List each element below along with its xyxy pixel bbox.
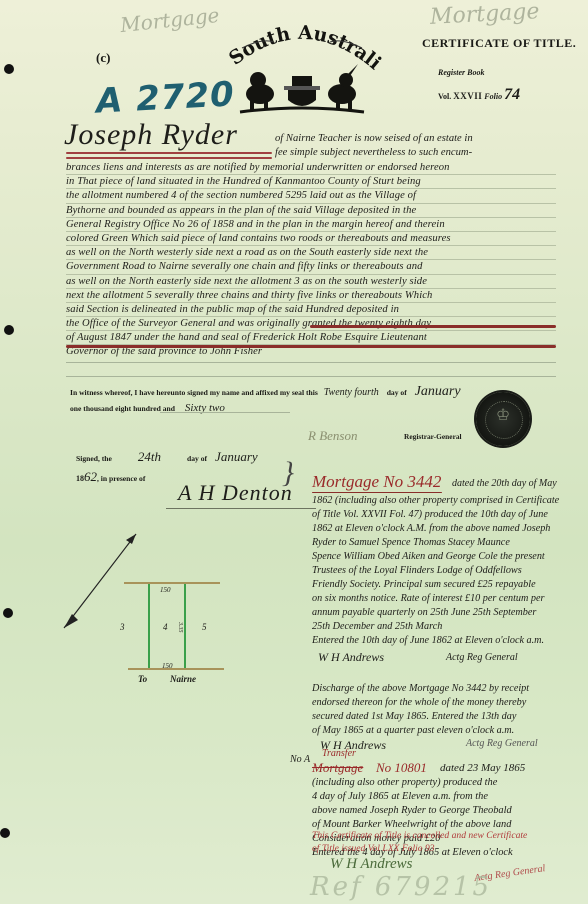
svg-text:South Australia.: South Australia. bbox=[222, 8, 382, 74]
punch-hole-middle bbox=[4, 325, 14, 335]
grant-line: Bythorne and bounded as appears in the p… bbox=[66, 204, 556, 218]
signed-year-line: 1862, in presence of bbox=[76, 468, 145, 486]
grant-line: General Registry Office No 26 of 1858 an… bbox=[66, 218, 556, 232]
plan-road-to: To bbox=[138, 674, 147, 684]
punch-hole-top bbox=[4, 64, 14, 74]
witness-line-1: In witness whereof, I have hereunto sign… bbox=[70, 384, 461, 400]
owner-underline-2 bbox=[66, 157, 272, 159]
registrar-signature: R Benson bbox=[308, 428, 357, 444]
discharge-line: endorsed thereon for the whole of the mo… bbox=[312, 696, 564, 710]
pencil-reference: Ref 679215 bbox=[310, 872, 492, 902]
folio-value: 74 bbox=[504, 86, 520, 103]
grant-line: Government Road to Nairne severally one … bbox=[66, 260, 556, 274]
grant-closing-rule bbox=[66, 345, 556, 348]
discharge-signature-title: Actg Reg General bbox=[466, 738, 538, 749]
owner-name: Joseph Ryder bbox=[64, 118, 238, 152]
mortgage-line: 1862 (including also other property comp… bbox=[312, 494, 564, 508]
plan-boundary-right bbox=[184, 584, 186, 668]
grant-line: said Section is delineated in the public… bbox=[66, 303, 556, 317]
punch-hole-lower bbox=[3, 608, 13, 618]
mortgage-line: 25th December and 25th March bbox=[312, 620, 564, 634]
grant-line-0: of Nairne Teacher is now seised of an es… bbox=[275, 133, 473, 144]
blank-rule-1 bbox=[66, 362, 556, 363]
coat-of-arms-crest: South Australia. bbox=[222, 8, 382, 118]
witness-day-of: day of bbox=[387, 388, 407, 397]
signed-line: Signed, the 24th day of January bbox=[76, 448, 258, 466]
cancellation-line-1: of Title issued Vol LXX Folio 93 bbox=[312, 843, 435, 854]
grant-line: brances liens and interests as are notif… bbox=[66, 161, 556, 175]
grant-line-1: fee simple subject nevertheless to such … bbox=[275, 147, 472, 158]
signed-day-of: day of bbox=[187, 454, 207, 463]
transfer-line-0: dated 23 May 1865 bbox=[440, 762, 525, 774]
cancellation-signature: W H Andrews bbox=[330, 856, 413, 873]
witness-printed-1: In witness whereof, I have hereunto sign… bbox=[70, 388, 318, 397]
grant-line: next the allotment 5 severally three cha… bbox=[66, 289, 556, 303]
witness-day: Twenty fourth bbox=[324, 387, 379, 398]
discharge-line: of May 1865 at a quarter past eleven o'c… bbox=[312, 724, 564, 738]
signed-year-prefix: 18 bbox=[76, 474, 84, 483]
presence-label: , in presence of bbox=[97, 474, 145, 483]
mortgage-line: Trustees of the Loyal Flinders Lodge of … bbox=[312, 564, 564, 578]
plan-road-bottom bbox=[128, 668, 224, 670]
mortgage-line: on six months notice. Rate of interest £… bbox=[312, 592, 564, 606]
mortgage-title: Mortgage No 3442 bbox=[312, 472, 441, 492]
register-book-label: Register Book bbox=[438, 68, 484, 77]
plan-road-top bbox=[124, 582, 220, 584]
transfer-line: (including also other property) produced… bbox=[312, 776, 564, 790]
mortgage-line: of Title Vol. XXVII Fol. 47) produced th… bbox=[312, 508, 564, 522]
grant-line: in That piece of land situated in the Hu… bbox=[66, 175, 556, 189]
blank-rule-2 bbox=[66, 376, 556, 377]
grant-line: as well on the North easterly side next … bbox=[66, 275, 556, 289]
signed-year-suffix: 62 bbox=[84, 469, 97, 484]
plan-lot-left: 3 bbox=[120, 622, 125, 632]
plan-road-place: Nairne bbox=[170, 674, 196, 684]
owner-underline-1 bbox=[66, 152, 272, 154]
discharge-line: Discharge of the above Mortgage No 3442 … bbox=[312, 682, 564, 696]
unicorn-icon bbox=[328, 64, 358, 110]
brace-mark: } bbox=[282, 456, 294, 490]
grant-line: of August 1847 under the hand and seal o… bbox=[66, 331, 556, 345]
mortgage-line: Friendly Society. Principal sum secured … bbox=[312, 578, 564, 592]
plan-side-measure: 3.35 bbox=[177, 622, 183, 633]
transfer-title-above: Transfer bbox=[322, 748, 356, 759]
discharge-line: secured dated 1st May 1865. Entered the … bbox=[312, 710, 564, 724]
registrar-seal: ♔ bbox=[476, 392, 530, 446]
transfer-title-struck: Mortgage bbox=[312, 760, 363, 776]
signed-label: Signed, the bbox=[76, 454, 112, 463]
transfer-line: 4 day of July 1865 at Eleven a.m. from t… bbox=[312, 790, 564, 804]
crest-arc-text-icon: South Australia. bbox=[222, 8, 382, 118]
plan-boundary-left bbox=[148, 584, 150, 668]
registrar-title: Registrar-General bbox=[404, 432, 462, 441]
signed-day: 24th bbox=[138, 449, 161, 464]
transfer-number: No 10801 bbox=[376, 760, 427, 776]
reference-number: A 2720 bbox=[95, 74, 236, 121]
volume-folio-row: Vol. XXVII Folio 74 bbox=[438, 86, 520, 104]
witness-signature: A H Denton bbox=[178, 480, 293, 506]
pencil-note-right: Mortgage bbox=[429, 0, 540, 30]
north-arrow-icon bbox=[60, 530, 140, 630]
mortgage-entered: Entered the 10th day of June 1862 at Ele… bbox=[312, 634, 564, 648]
witness-month: January bbox=[415, 384, 461, 399]
pencil-note-left: Mortgage bbox=[119, 3, 220, 37]
transfer-line: above named Joseph Ryder to George Theob… bbox=[312, 804, 564, 818]
transfer-margin-note: No A bbox=[290, 754, 310, 765]
lion-icon bbox=[246, 72, 274, 110]
signed-month: January bbox=[215, 449, 258, 464]
mortgage-body: 1862 (including also other property comp… bbox=[312, 494, 564, 648]
grant-body: brances liens and interests as are notif… bbox=[66, 161, 556, 359]
vol-label: Vol. bbox=[438, 92, 451, 101]
mortgage-signature-title: Actg Reg General bbox=[446, 652, 518, 663]
mortgage-signature: W H Andrews bbox=[318, 650, 384, 665]
witness-year-rule bbox=[160, 412, 290, 413]
mortgage-line-0: dated the 20th day of May bbox=[452, 478, 557, 489]
grant-end-rule bbox=[310, 325, 556, 328]
mortgage-title-underline bbox=[312, 492, 442, 493]
discharge-body: Discharge of the above Mortgage No 3442 … bbox=[312, 682, 564, 738]
folio-label: Folio bbox=[484, 92, 502, 101]
mortgage-line: Spence William Obed Aiken and George Col… bbox=[312, 550, 564, 564]
plan-lot-center: 4 bbox=[163, 622, 168, 632]
shield-crown-icon bbox=[284, 76, 320, 106]
mortgage-line: annum payable quarterly on 25th June 25t… bbox=[312, 606, 564, 620]
witness-signature-flourish bbox=[166, 508, 316, 509]
grant-line: the allotment numbered 4 of the section … bbox=[66, 189, 556, 203]
vol-value: XXVII bbox=[453, 91, 482, 101]
grant-line: as well on the North westerly side next … bbox=[66, 246, 556, 260]
grant-line: colored Green Which said piece of land c… bbox=[66, 232, 556, 246]
mortgage-line: 1862 at Eleven o'clock A.M. from the abo… bbox=[312, 522, 564, 536]
punch-hole-bottom bbox=[0, 828, 10, 838]
form-mark: (c) bbox=[96, 50, 110, 66]
mortgage-line: Ryder to Samuel Spence Thomas Stacey Mau… bbox=[312, 536, 564, 550]
seal-crest-icon: ♔ bbox=[476, 405, 530, 425]
document-title: CERTIFICATE OF TITLE. bbox=[422, 36, 576, 51]
cancellation-line-0: This Certificate of Title is cancelled a… bbox=[312, 830, 527, 841]
plan-top-measure: 150 bbox=[160, 586, 171, 594]
plan-bottom-measure: 150 bbox=[162, 662, 173, 670]
plan-lot-right: 5 bbox=[202, 622, 207, 632]
